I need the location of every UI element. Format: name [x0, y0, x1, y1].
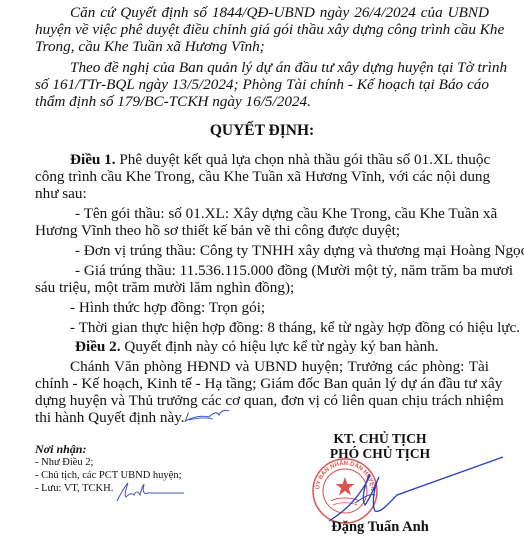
closing-line-1: Chánh Văn phòng HĐND và UBND huyện; Trưở…: [70, 358, 489, 375]
article-1-line-1: Điều 1. Phê duyệt kết quả lựa chọn nhà t…: [70, 151, 489, 168]
signer-name: Đặng Tuấn Anh: [300, 520, 460, 535]
item-winning-bidder: - Đơn vị trúng thầu: Công ty TNHH xây dự…: [75, 242, 489, 259]
signer-block: Đặng Tuấn Anh: [300, 520, 460, 535]
recipient-item: - Như Điều 2;: [35, 456, 182, 469]
article-1-line-3: như sau:: [35, 185, 489, 202]
article-2-text: Quyết định này có hiệu lực kể từ ngày ký…: [121, 338, 439, 355]
closing-line-4: thi hành Quyết định này./: [35, 409, 189, 426]
item-contract-duration: - Thời gian thực hiện hợp đồng: 8 tháng,…: [70, 319, 489, 336]
article-2-label: Điều 2.: [75, 338, 121, 355]
initial-signature-icon: [183, 407, 233, 425]
item-contract-type: - Hình thức hợp đồng: Trọn gói;: [70, 299, 489, 316]
item-winning-price-line-1: - Giá trúng thầu: 11.536.115.000 đồng (M…: [75, 262, 489, 279]
clerk-signature-icon: [114, 481, 186, 503]
article-2: Điều 2. Quyết định này có hiệu lực kể từ…: [75, 338, 489, 355]
item-winning-price-line-2: sáu triệu, một trăm mười lăm nghìn đồng)…: [35, 279, 489, 296]
preamble-1-line-2: huyện về việc phê duyệt điều chỉnh giá g…: [35, 21, 489, 38]
preamble-2-line-1: Theo đề nghị của Ban quản lý dự án đầu t…: [70, 59, 489, 76]
item-package-name-line-2: Hương Vĩnh theo hồ sơ thiết kế bản vẽ th…: [35, 222, 489, 239]
signature-title-1: KT. CHỦ TỊCH: [300, 431, 460, 446]
recipients-title: Nơi nhận:: [35, 443, 182, 456]
preamble-1-line-3: Trong, cầu Khe Tuần xã Hương Vĩnh;: [35, 38, 489, 55]
article-1-text: Phê duyệt kết quả lựa chọn nhà thầu gói …: [116, 151, 491, 168]
closing-line-4-text: thi hành Quyết định này./: [35, 409, 189, 426]
item-package-name-line-1: - Tên gói thầu: số 01.XL: Xây dựng cầu K…: [75, 205, 489, 222]
decision-heading: QUYẾT ĐỊNH:: [0, 122, 524, 140]
article-1-line-2: công trình cầu Khe Trong, cầu Khe Tuần x…: [35, 168, 489, 185]
closing-line-3: dựng huyện và Thủ trưởng các cơ quan, đơ…: [35, 392, 489, 409]
preamble-1-line-1: Căn cứ Quyết định số 1844/QĐ-UBND ngày 2…: [70, 4, 489, 21]
closing-line-2: chính - Kế hoạch, Kinh tế - Hạ tầng; Giá…: [35, 375, 489, 392]
article-1-label: Điều 1.: [70, 151, 116, 168]
preamble-2-line-2: số 161/TTr-BQL ngày 13/5/2024; Phòng Tài…: [35, 76, 489, 93]
preamble-2-line-3: thẩm định số 179/BC-TCKH ngày 16/5/2024.: [35, 93, 489, 110]
